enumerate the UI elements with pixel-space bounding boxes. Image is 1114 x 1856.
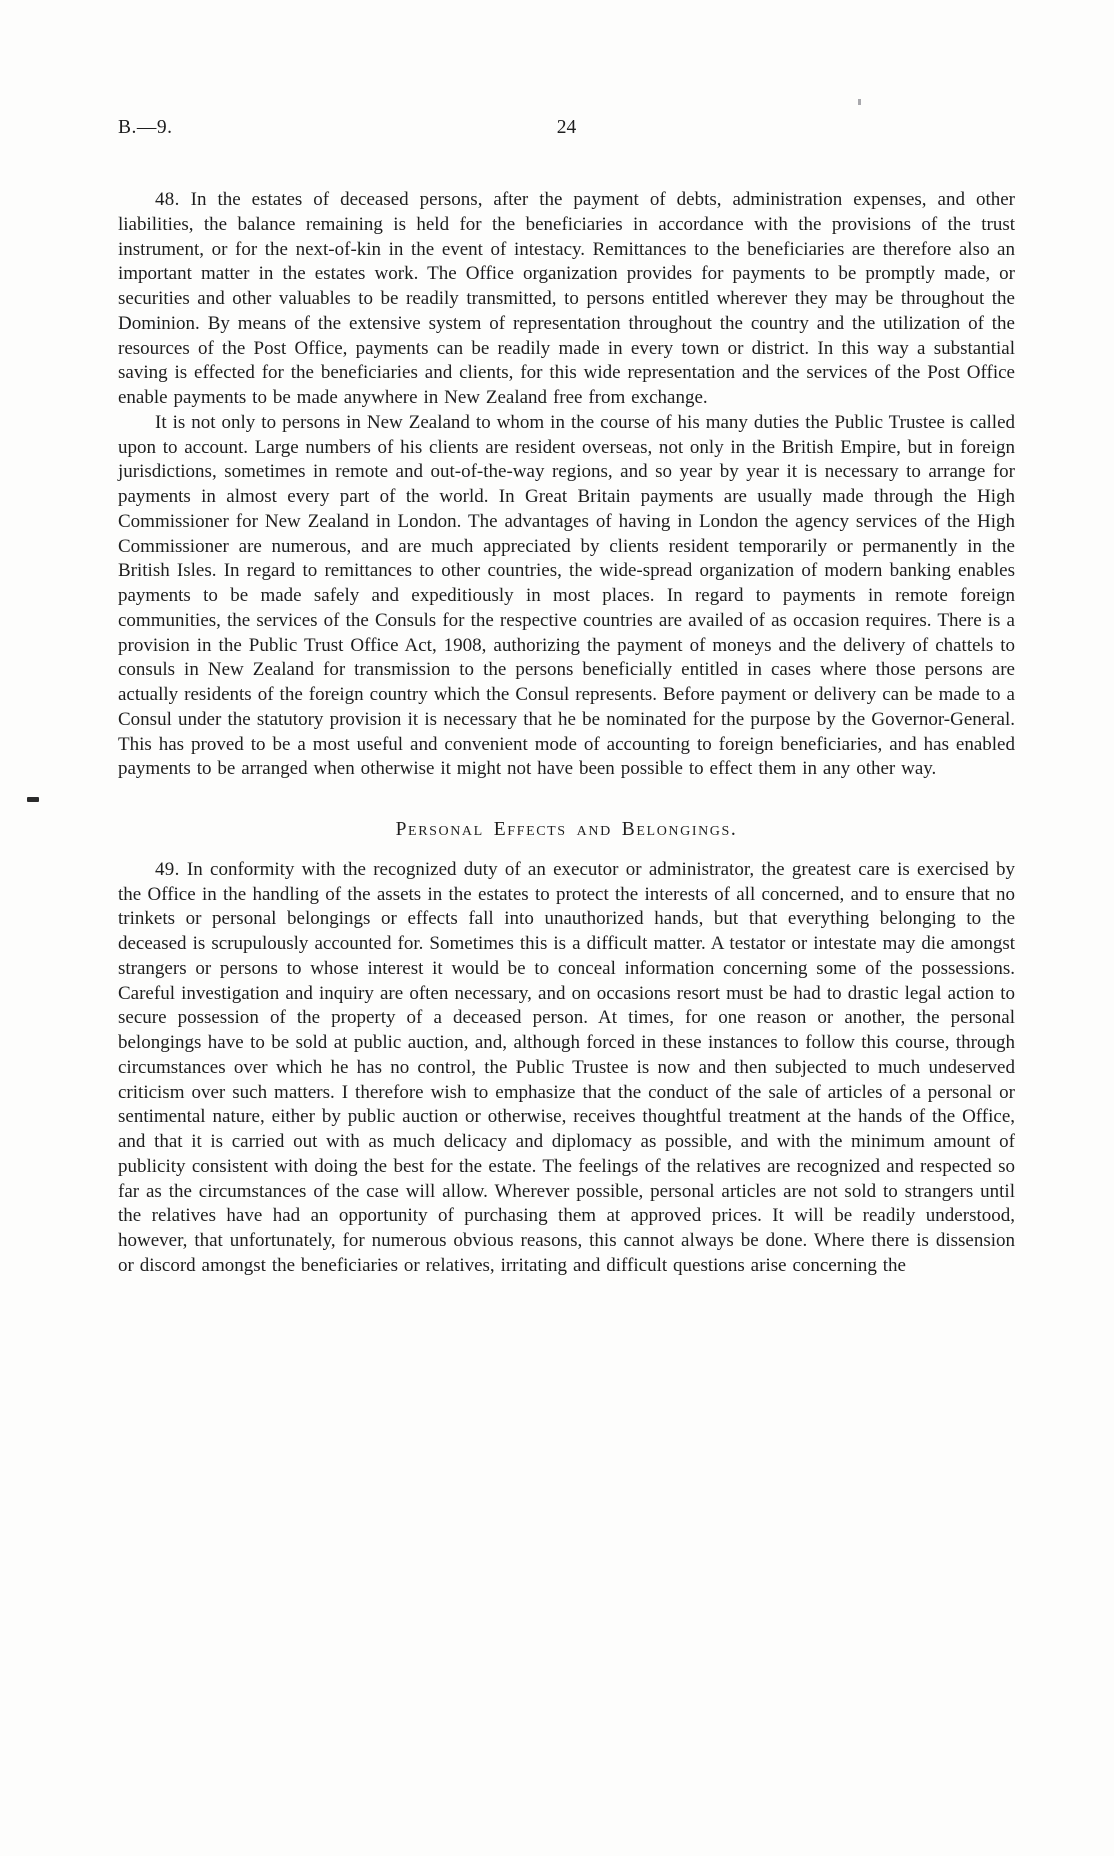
margin-dash-artifact: [27, 797, 39, 802]
paragraph-48: 48. In the estates of deceased persons, …: [118, 188, 1015, 411]
document-reference: B.—9.: [118, 116, 173, 140]
paragraph-overseas-text: It is not only to persons in New Zealand…: [118, 412, 1015, 780]
paragraph-49: 49. In conformity with the recognized du…: [118, 858, 1015, 1279]
document-body: 48. In the estates of deceased persons, …: [118, 188, 1015, 1279]
paragraph-49-text: In conformity with the recognized duty o…: [118, 859, 1015, 1276]
paragraph-48-number: 48.: [155, 189, 180, 210]
paragraph-48-text: In the estates of deceased persons, afte…: [118, 189, 1015, 408]
page-number: 24: [557, 116, 577, 140]
scanned-document-page: B.—9. 24 48. In the estates of deceased …: [0, 0, 1114, 1856]
paragraph-49-number: 49.: [155, 859, 180, 880]
paragraph-overseas-remittances: It is not only to persons in New Zealand…: [118, 411, 1015, 782]
section-heading: Personal Effects and Belongings.: [118, 818, 1015, 843]
scan-speck-artifact: [858, 99, 861, 105]
page-header: B.—9. 24: [118, 116, 1015, 142]
